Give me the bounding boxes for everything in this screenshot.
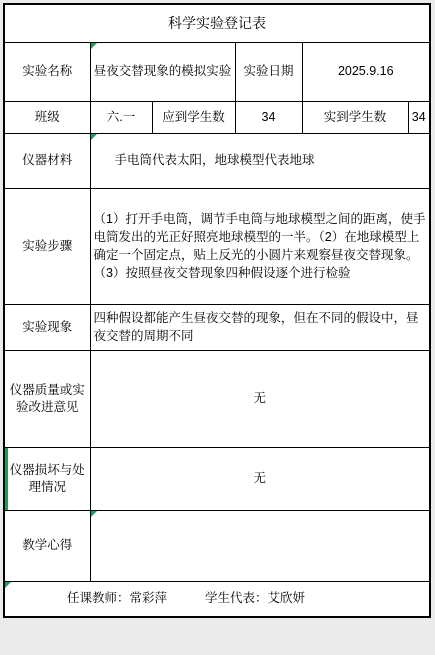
experiment-date-value-cell[interactable]: 2025.9.16 xyxy=(302,42,430,101)
experiment-name-value-cell[interactable]: 昼夜交替现象的模拟实验 xyxy=(90,42,235,101)
damage-handling-label: 仪器损坏与处理情况 xyxy=(10,463,85,494)
teacher-signature: 任课教师：常彩萍 xyxy=(67,591,167,605)
expected-students-label-cell: 应到学生数 xyxy=(152,101,235,133)
steps-value-cell[interactable]: （1）打开手电筒，调节手电筒与地球模型之间的距离，使手电筒发出的光正好照亮地球模… xyxy=(90,188,430,304)
teaching-reflection-value-cell[interactable] xyxy=(90,510,430,581)
class-value-cell[interactable]: 六.一 xyxy=(90,101,152,133)
steps-label-cell: 实验步骤 xyxy=(4,188,90,304)
cell-flag-icon xyxy=(5,582,11,588)
cell-flag-icon xyxy=(91,511,97,517)
form-title-cell: 科学实验登记表 xyxy=(4,4,430,42)
cell-flag-icon xyxy=(91,43,97,49)
damage-handling-value-cell[interactable]: 无 xyxy=(90,447,430,510)
damage-handling-label-cell: 仪器损坏与处理情况 xyxy=(4,447,90,510)
quality-feedback-value-cell[interactable]: 无 xyxy=(90,350,430,447)
teaching-reflection-label-cell: 教学心得 xyxy=(4,510,90,581)
expected-students-value-cell[interactable]: 34 xyxy=(235,101,302,133)
experiment-register-form: 科学实验登记表 实验名称 昼夜交替现象的模拟实验 实验日期 2025.9.16 … xyxy=(3,3,431,618)
quality-feedback-label-cell: 仪器质量或实验改进意见 xyxy=(4,350,90,447)
student-signature: 学生代表：艾欣妍 xyxy=(205,591,305,605)
actual-students-label-cell: 实到学生数 xyxy=(302,101,408,133)
actual-students-value-cell[interactable]: 34 xyxy=(408,101,430,133)
materials-value-cell[interactable]: 手电筒代表太阳，地球模型代表地球 xyxy=(90,133,430,188)
experiment-register-table: 科学实验登记表 实验名称 昼夜交替现象的模拟实验 实验日期 2025.9.16 … xyxy=(3,3,431,618)
phenomena-value-cell[interactable]: 四种假设都能产生昼夜交替的现象，但在不同的假设中，昼夜交替的周期不同 xyxy=(90,304,430,350)
materials-value: 手电筒代表太阳，地球模型代表地球 xyxy=(115,153,315,167)
experiment-name-value: 昼夜交替现象的模拟实验 xyxy=(94,64,232,78)
signature-cell[interactable]: 任课教师：常彩萍学生代表：艾欣妍 xyxy=(4,581,430,617)
cell-flag-icon xyxy=(91,134,97,140)
phenomena-label-cell: 实验现象 xyxy=(4,304,90,350)
experiment-date-label-cell: 实验日期 xyxy=(235,42,302,101)
experiment-name-label-cell: 实验名称 xyxy=(4,42,90,101)
row-selection-bar xyxy=(4,447,8,510)
class-label-cell: 班级 xyxy=(4,101,90,133)
materials-label-cell: 仪器材料 xyxy=(4,133,90,188)
